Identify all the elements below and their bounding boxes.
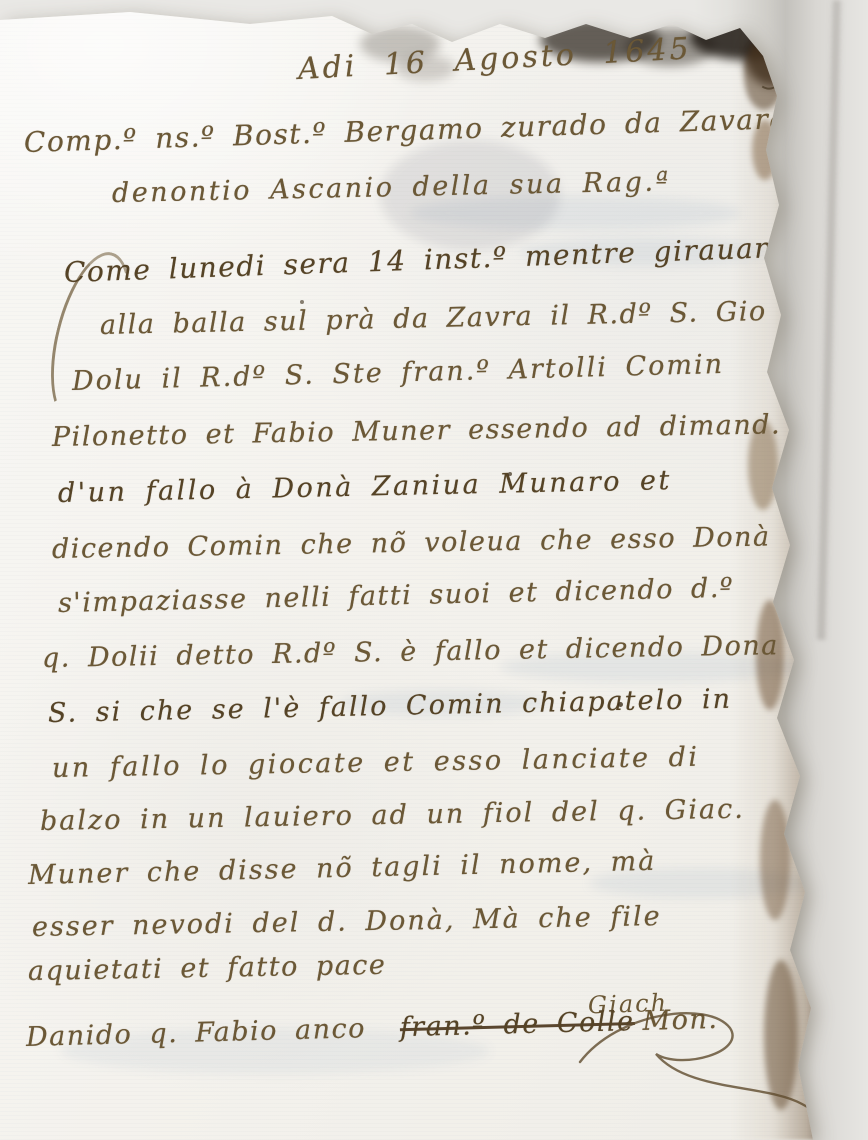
- date-line: Adi 16 Agosto 1645: [297, 31, 692, 87]
- manuscript-line: s'impaziasse nelli fatti suoi et dicendo…: [58, 573, 735, 619]
- signature-flourish: [560, 1000, 860, 1140]
- manuscript-line: S. si che se l'è fallo Comin chiapatelo …: [48, 684, 733, 729]
- manuscript-line: balzo in un lauiero ad un fiol del q. Gi…: [40, 794, 745, 837]
- ink-speck: [508, 472, 512, 476]
- manuscript-photo: Adi 16 Agosto 1645 Comp.º ns.º Bost.º Be…: [0, 0, 868, 1140]
- manuscript-line: aquietati et fatto pace: [28, 950, 387, 987]
- manuscript-line: Pilonetto et Fabio Muner essendo ad dima…: [52, 409, 782, 453]
- ink-speck: [300, 300, 304, 304]
- manuscript-line: esser nevodi del d. Donà, Mà che file: [32, 901, 662, 943]
- ink-speck: [618, 702, 623, 707]
- edge-blotch: [760, 800, 790, 920]
- manuscript-line: un fallo lo giocate et esso lanciate di: [52, 742, 700, 784]
- manuscript-line: Muner che disse nõ tagli il nome, mà: [28, 846, 657, 891]
- binding-red-speck: [788, 382, 794, 398]
- manuscript-line: d'un fallo à Donà Zaniua Munaro et: [58, 465, 672, 509]
- manuscript-page: Adi 16 Agosto 1645 Comp.º ns.º Bost.º Be…: [0, 0, 868, 1140]
- manuscript-line: Dolu il R.dº S. Ste fran.º Artolli Comin: [72, 349, 725, 397]
- page-wrap: Adi 16 Agosto 1645 Comp.º ns.º Bost.º Be…: [0, 0, 868, 1140]
- manuscript-line: dicendo Comin che nõ voleua che esso Don…: [52, 521, 771, 565]
